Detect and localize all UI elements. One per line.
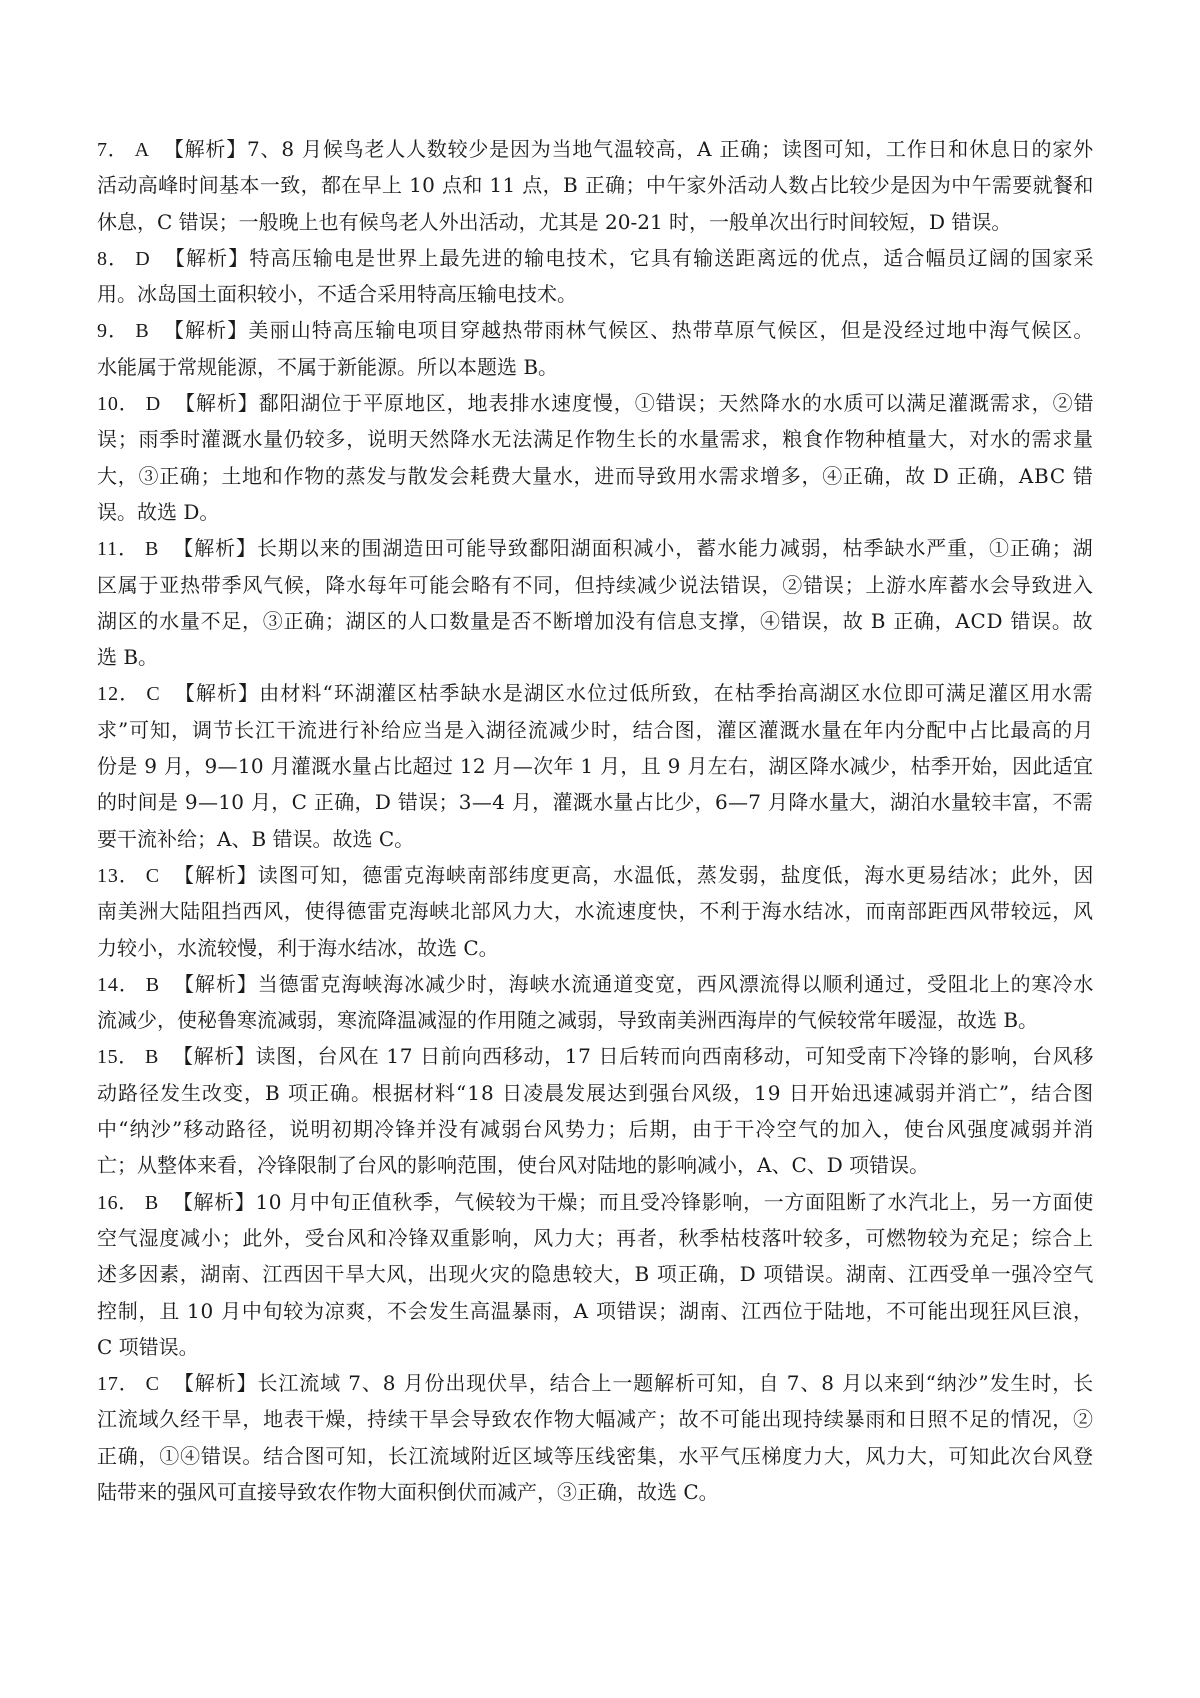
text-line: 区属于亚热带季风气候，降水每年可能会略有不同，但持续减少说法错误，②错误；上游水… [97,567,1093,603]
line-text: 误；雨季时灌溉水量仍较多，说明天然降水无法满足作物生长的水量需求，粮食作物种植量… [97,427,1093,451]
line-text: 休息，C 错误；一般晚上也有候鸟老人外出活动，尤其是 20-21 时，一般单次出… [97,210,1011,234]
line-text: 正确，①④错误。结合图可知，长江流域附近区域等压线密集，水平气压梯度力大，风力大… [97,1444,1093,1468]
text-line: 14．B【解析】当德雷克海峡海冰减少时，海峡水流通道变宽，西风漂流得以顺利通过，… [97,966,1093,1002]
text-line: 空气湿度减小；此外，受台风和冷锋双重影响，风力大；再者，秋季枯枝落叶较多，可燃物… [97,1220,1093,1256]
text-line: 江流域久经干旱，地表干燥，持续干旱会导致农作物大幅减产；故不可能出现持续暴雨和日… [97,1401,1093,1437]
line-text: 份是 9 月，9—10 月灌溉水量占比超过 12 月—次年 1 月，且 9 月左… [97,754,1093,778]
question-number: 10． [97,393,140,415]
answer-letter: B [145,1192,159,1214]
analysis-tag: 【解析】 [173,1044,256,1068]
line-text: 控制，且 10 月中旬较为凉爽，不会发生高温暴雨，A 项错误；湖南、江西位于陆地… [97,1299,1093,1323]
line-text: 读图，台风在 17 日前向西移动，17 日后转而向西南移动，可知受南下冷锋的影响… [256,1044,1093,1068]
answer-explanation-14: 14．B【解析】当德雷克海峡海冰减少时，海峡水流通道变宽，西风漂流得以顺利通过，… [97,966,1093,1039]
text-line: 误。故选 D。 [97,494,1093,530]
answer-letter: C [146,865,160,887]
text-line: C 项错误。 [97,1329,1093,1365]
text-line: 选 B。 [97,639,1093,675]
analysis-tag: 【解析】 [174,1371,258,1395]
question-number: 14． [97,974,140,996]
text-line: 大，③正确；土地和作物的蒸发与散发会耗费大量水，进而导致用水需求增多，④正确，故… [97,458,1093,494]
text-line: 流减少，使秘鲁寒流减弱，寒流降温减湿的作用随之减弱，导致南美洲西海岸的气候较常年… [97,1002,1093,1038]
text-line: 动路径发生改变，B 项正确。根据材料“18 日凌晨发展达到强台风级，19 日开始… [97,1075,1093,1111]
answer-explanation-16: 16．B【解析】10 月中旬正值秋季，气候较为干燥；而且受冷锋影响，一方面阻断了… [97,1184,1093,1365]
analysis-tag: 【解析】 [164,318,249,342]
line-text: 要干流补给；A、B 错误。故选 C。 [97,827,414,851]
line-text: 读图可知，德雷克海峡南部纬度更高，水温低，蒸发弱，盐度低，海水更易结冰；此外，因 [258,863,1093,887]
question-number: 11． [97,538,139,560]
line-text: 的时间是 9—10 月，C 正确，D 错误；3—4 月，灌溉水量占比少，6—7 … [97,790,1093,814]
question-number: 17． [97,1373,140,1395]
line-text: 10 月中旬正值秋季，气候较为干燥；而且受冷锋影响，一方面阻断了水汽北上，另一方… [255,1190,1093,1214]
text-line: 16．B【解析】10 月中旬正值秋季，气候较为干燥；而且受冷锋影响，一方面阻断了… [97,1184,1093,1220]
answer-letter: B [135,320,150,342]
answer-explanation-9: 9．B【解析】美丽山特高压输电项目穿越热带雨林气候区、热带草原气候区，但是没经过… [97,312,1093,385]
answer-letter: C [146,683,160,705]
answer-explanation-7: 7．A【解析】7、8 月候鸟老人人数较少是因为当地气温较高，A 正确；读图可知，… [97,131,1093,240]
text-line: 15．B【解析】读图，台风在 17 日前向西移动，17 日后转而向西南移动，可知… [97,1038,1093,1074]
text-line: 份是 9 月，9—10 月灌溉水量占比超过 12 月—次年 1 月，且 9 月左… [97,748,1093,784]
line-text: 流减少，使秘鲁寒流减弱，寒流降温减湿的作用随之减弱，导致南美洲西海岸的气候较常年… [97,1008,1038,1032]
line-text: 特高压输电是世界上最先进的输电技术，它具有输送距离远的优点，适合幅员辽阔的国家采 [249,246,1093,270]
line-text: 江流域久经干旱，地表干燥，持续干旱会导致农作物大幅减产；故不可能出现持续暴雨和日… [97,1407,1093,1431]
analysis-tag: 【解析】 [175,391,259,415]
line-text: 鄱阳湖位于平原地区，地表排水速度慢，①错误；天然降水的水质可以满足灌溉需求，②错 [259,391,1093,415]
analysis-tag: 【解析】 [174,863,258,887]
text-line: 活动高峰时间基本一致，都在早上 10 点和 11 点，B 正确；中午家外活动人数… [97,167,1093,203]
line-text: 水能属于常规能源，不属于新能源。所以本题选 B。 [97,355,558,379]
text-line: 12．C【解析】由材料“环湖灌区枯季缺水是湖区水位过低所致，在枯季抬高湖区水位即… [97,675,1093,711]
question-number: 9． [97,320,129,342]
text-line: 中“纳沙”移动路径，说明初期冷锋并没有减弱台风势力；后期，由于干冷空气的加入，使… [97,1111,1093,1147]
answer-letter: A [135,139,150,161]
analysis-tag: 【解析】 [173,1190,256,1214]
text-line: 17．C【解析】长江流域 7、8 月份出现伏旱，结合上一题解析可知，自 7、8 … [97,1365,1093,1401]
answer-letter: B [145,538,159,560]
text-line: 7．A【解析】7、8 月候鸟老人人数较少是因为当地气温较高，A 正确；读图可知，… [97,131,1093,167]
analysis-tag: 【解析】 [175,681,259,705]
text-line: 力较小，水流较慢，利于海水结冰，故选 C。 [97,930,1093,966]
question-number: 12． [97,683,140,705]
analysis-tag: 【解析】 [174,972,258,996]
text-line: 湖区的水量不足，③正确；湖区的人口数量是否不断增加没有信息支撑，④错误，故 B … [97,603,1093,639]
text-line: 要干流补给；A、B 错误。故选 C。 [97,821,1093,857]
line-text: 误。故选 D。 [97,500,219,524]
answer-explanation-17: 17．C【解析】长江流域 7、8 月份出现伏旱，结合上一题解析可知，自 7、8 … [97,1365,1093,1510]
line-text: 中“纳沙”移动路径，说明初期冷锋并没有减弱台风势力；后期，由于干冷空气的加入，使… [97,1117,1093,1141]
text-line: 10．D【解析】鄱阳湖位于平原地区，地表排水速度慢，①错误；天然降水的水质可以满… [97,385,1093,421]
text-line: 用。冰岛国土面积较小，不适合采用特高压输电技术。 [97,276,1093,312]
line-text: 大，③正确；土地和作物的蒸发与散发会耗费大量水，进而导致用水需求增多，④正确，故… [97,464,1093,488]
text-line: 9．B【解析】美丽山特高压输电项目穿越热带雨林气候区、热带草原气候区，但是没经过… [97,312,1093,348]
line-text: 用。冰岛国土面积较小，不适合采用特高压输电技术。 [97,282,577,306]
text-line: 述多因素，湖南、江西因干旱大风，出现火灾的隐患较大，B 项正确，D 项错误。湖南… [97,1256,1093,1292]
text-line: 正确，①④错误。结合图可知，长江流域附近区域等压线密集，水平气压梯度力大，风力大… [97,1438,1093,1474]
line-text: 长江流域 7、8 月份出现伏旱，结合上一题解析可知，自 7、8 月以来到“纳沙”… [257,1371,1093,1395]
line-text: C 项错误。 [97,1335,199,1359]
text-line: 水能属于常规能源，不属于新能源。所以本题选 B。 [97,349,1093,385]
answer-explanation-13: 13．C【解析】读图可知，德雷克海峡南部纬度更高，水温低，蒸发弱，盐度低，海水更… [97,857,1093,966]
line-text: 亡；从整体来看，冷锋限制了台风的影响范围，使台风对陆地的影响减小，A、C、D 项… [97,1153,929,1177]
line-text: 美丽山特高压输电项目穿越热带雨林气候区、热带草原气候区，但是没经过地中海气候区。 [248,318,1093,342]
analysis-tag: 【解析】 [165,246,250,270]
line-text: 求”可知，调节长江干流进行补给应当是入湖径流减少时，结合图，灌区灌溉水量在年内分… [97,718,1093,742]
text-line: 的时间是 9—10 月，C 正确，D 错误；3—4 月，灌溉水量占比少，6—7 … [97,784,1093,820]
text-line: 陆带来的强风可直接导致农作物大面积倒伏而减产，③正确，故选 C。 [97,1474,1093,1510]
text-line: 13．C【解析】读图可知，德雷克海峡南部纬度更高，水温低，蒸发弱，盐度低，海水更… [97,857,1093,893]
line-text: 力较小，水流较慢，利于海水结冰，故选 C。 [97,936,499,960]
line-text: 长期以来的围湖造田可能导致鄱阳湖面积减小，蓄水能力减弱，枯季缺水严重，①正确；湖 [257,536,1093,560]
line-text: 南美洲大陆阻挡西风，使得德雷克海峡北部风力大，水流速度快，不利于海水结冰，而南部… [97,899,1093,923]
answer-letter: C [146,1373,160,1395]
line-text: 选 B。 [97,645,158,669]
line-text: 区属于亚热带季风气候，降水每年可能会略有不同，但持续减少说法错误，②错误；上游水… [97,573,1093,597]
line-text: 当德雷克海峡海冰减少时，海峡水流通道变宽，西风漂流得以顺利通过，受阻北上的寒冷水 [258,972,1093,996]
text-line: 误；雨季时灌溉水量仍较多，说明天然降水无法满足作物生长的水量需求，粮食作物种植量… [97,421,1093,457]
question-number: 16． [97,1192,139,1214]
analysis-tag: 【解析】 [164,137,247,161]
line-text: 动路径发生改变，B 项正确。根据材料“18 日凌晨发展达到强台风级，19 日开始… [97,1081,1093,1105]
analysis-tag: 【解析】 [173,536,257,560]
answer-explanation-10: 10．D【解析】鄱阳湖位于平原地区，地表排水速度慢，①错误；天然降水的水质可以满… [97,385,1093,530]
line-text: 湖区的水量不足，③正确；湖区的人口数量是否不断增加没有信息支撑，④错误，故 B … [97,609,1093,633]
text-line: 11．B【解析】长期以来的围湖造田可能导致鄱阳湖面积减小，蓄水能力减弱，枯季缺水… [97,530,1093,566]
question-number: 7． [97,139,129,161]
answer-letter: D [135,248,151,270]
line-text: 述多因素，湖南、江西因干旱大风，出现火灾的隐患较大，B 项正确，D 项错误。湖南… [97,1262,1093,1286]
answer-explanations-page: 7．A【解析】7、8 月候鸟老人人数较少是因为当地气温较高，A 正确；读图可知，… [97,131,1093,1510]
text-line: 求”可知，调节长江干流进行补给应当是入湖径流减少时，结合图，灌区灌溉水量在年内分… [97,712,1093,748]
line-text: 空气湿度减小；此外，受台风和冷锋双重影响，风力大；再者，秋季枯枝落叶较多，可燃物… [97,1226,1093,1250]
answer-letter: B [146,974,160,996]
question-number: 13． [97,865,140,887]
answer-explanation-11: 11．B【解析】长期以来的围湖造田可能导致鄱阳湖面积减小，蓄水能力减弱，枯季缺水… [97,530,1093,675]
question-number: 15． [97,1046,139,1068]
text-line: 控制，且 10 月中旬较为凉爽，不会发生高温暴雨，A 项错误；湖南、江西位于陆地… [97,1293,1093,1329]
answer-explanation-8: 8．D【解析】特高压输电是世界上最先进的输电技术，它具有输送距离远的优点，适合幅… [97,240,1093,313]
text-line: 休息，C 错误；一般晚上也有候鸟老人外出活动，尤其是 20-21 时，一般单次出… [97,204,1093,240]
line-text: 7、8 月候鸟老人人数较少是因为当地气温较高，A 正确；读图可知，工作日和休息日… [247,137,1093,161]
question-number: 8． [97,248,129,270]
text-line: 8．D【解析】特高压输电是世界上最先进的输电技术，它具有输送距离远的优点，适合幅… [97,240,1093,276]
line-text: 活动高峰时间基本一致，都在早上 10 点和 11 点，B 正确；中午家外活动人数… [97,173,1093,197]
line-text: 陆带来的强风可直接导致农作物大面积倒伏而减产，③正确，故选 C。 [97,1480,719,1504]
line-text: 由材料“环湖灌区枯季缺水是湖区水位过低所致，在枯季抬高湖区水位即可满足灌区用水需 [259,681,1093,705]
answer-letter: B [145,1046,159,1068]
answer-letter: D [146,393,161,415]
answer-explanation-15: 15．B【解析】读图，台风在 17 日前向西移动，17 日后转而向西南移动，可知… [97,1038,1093,1183]
text-line: 南美洲大陆阻挡西风，使得德雷克海峡北部风力大，水流速度快，不利于海水结冰，而南部… [97,893,1093,929]
answer-explanation-12: 12．C【解析】由材料“环湖灌区枯季缺水是湖区水位过低所致，在枯季抬高湖区水位即… [97,675,1093,856]
text-line: 亡；从整体来看，冷锋限制了台风的影响范围，使台风对陆地的影响减小，A、C、D 项… [97,1147,1093,1183]
